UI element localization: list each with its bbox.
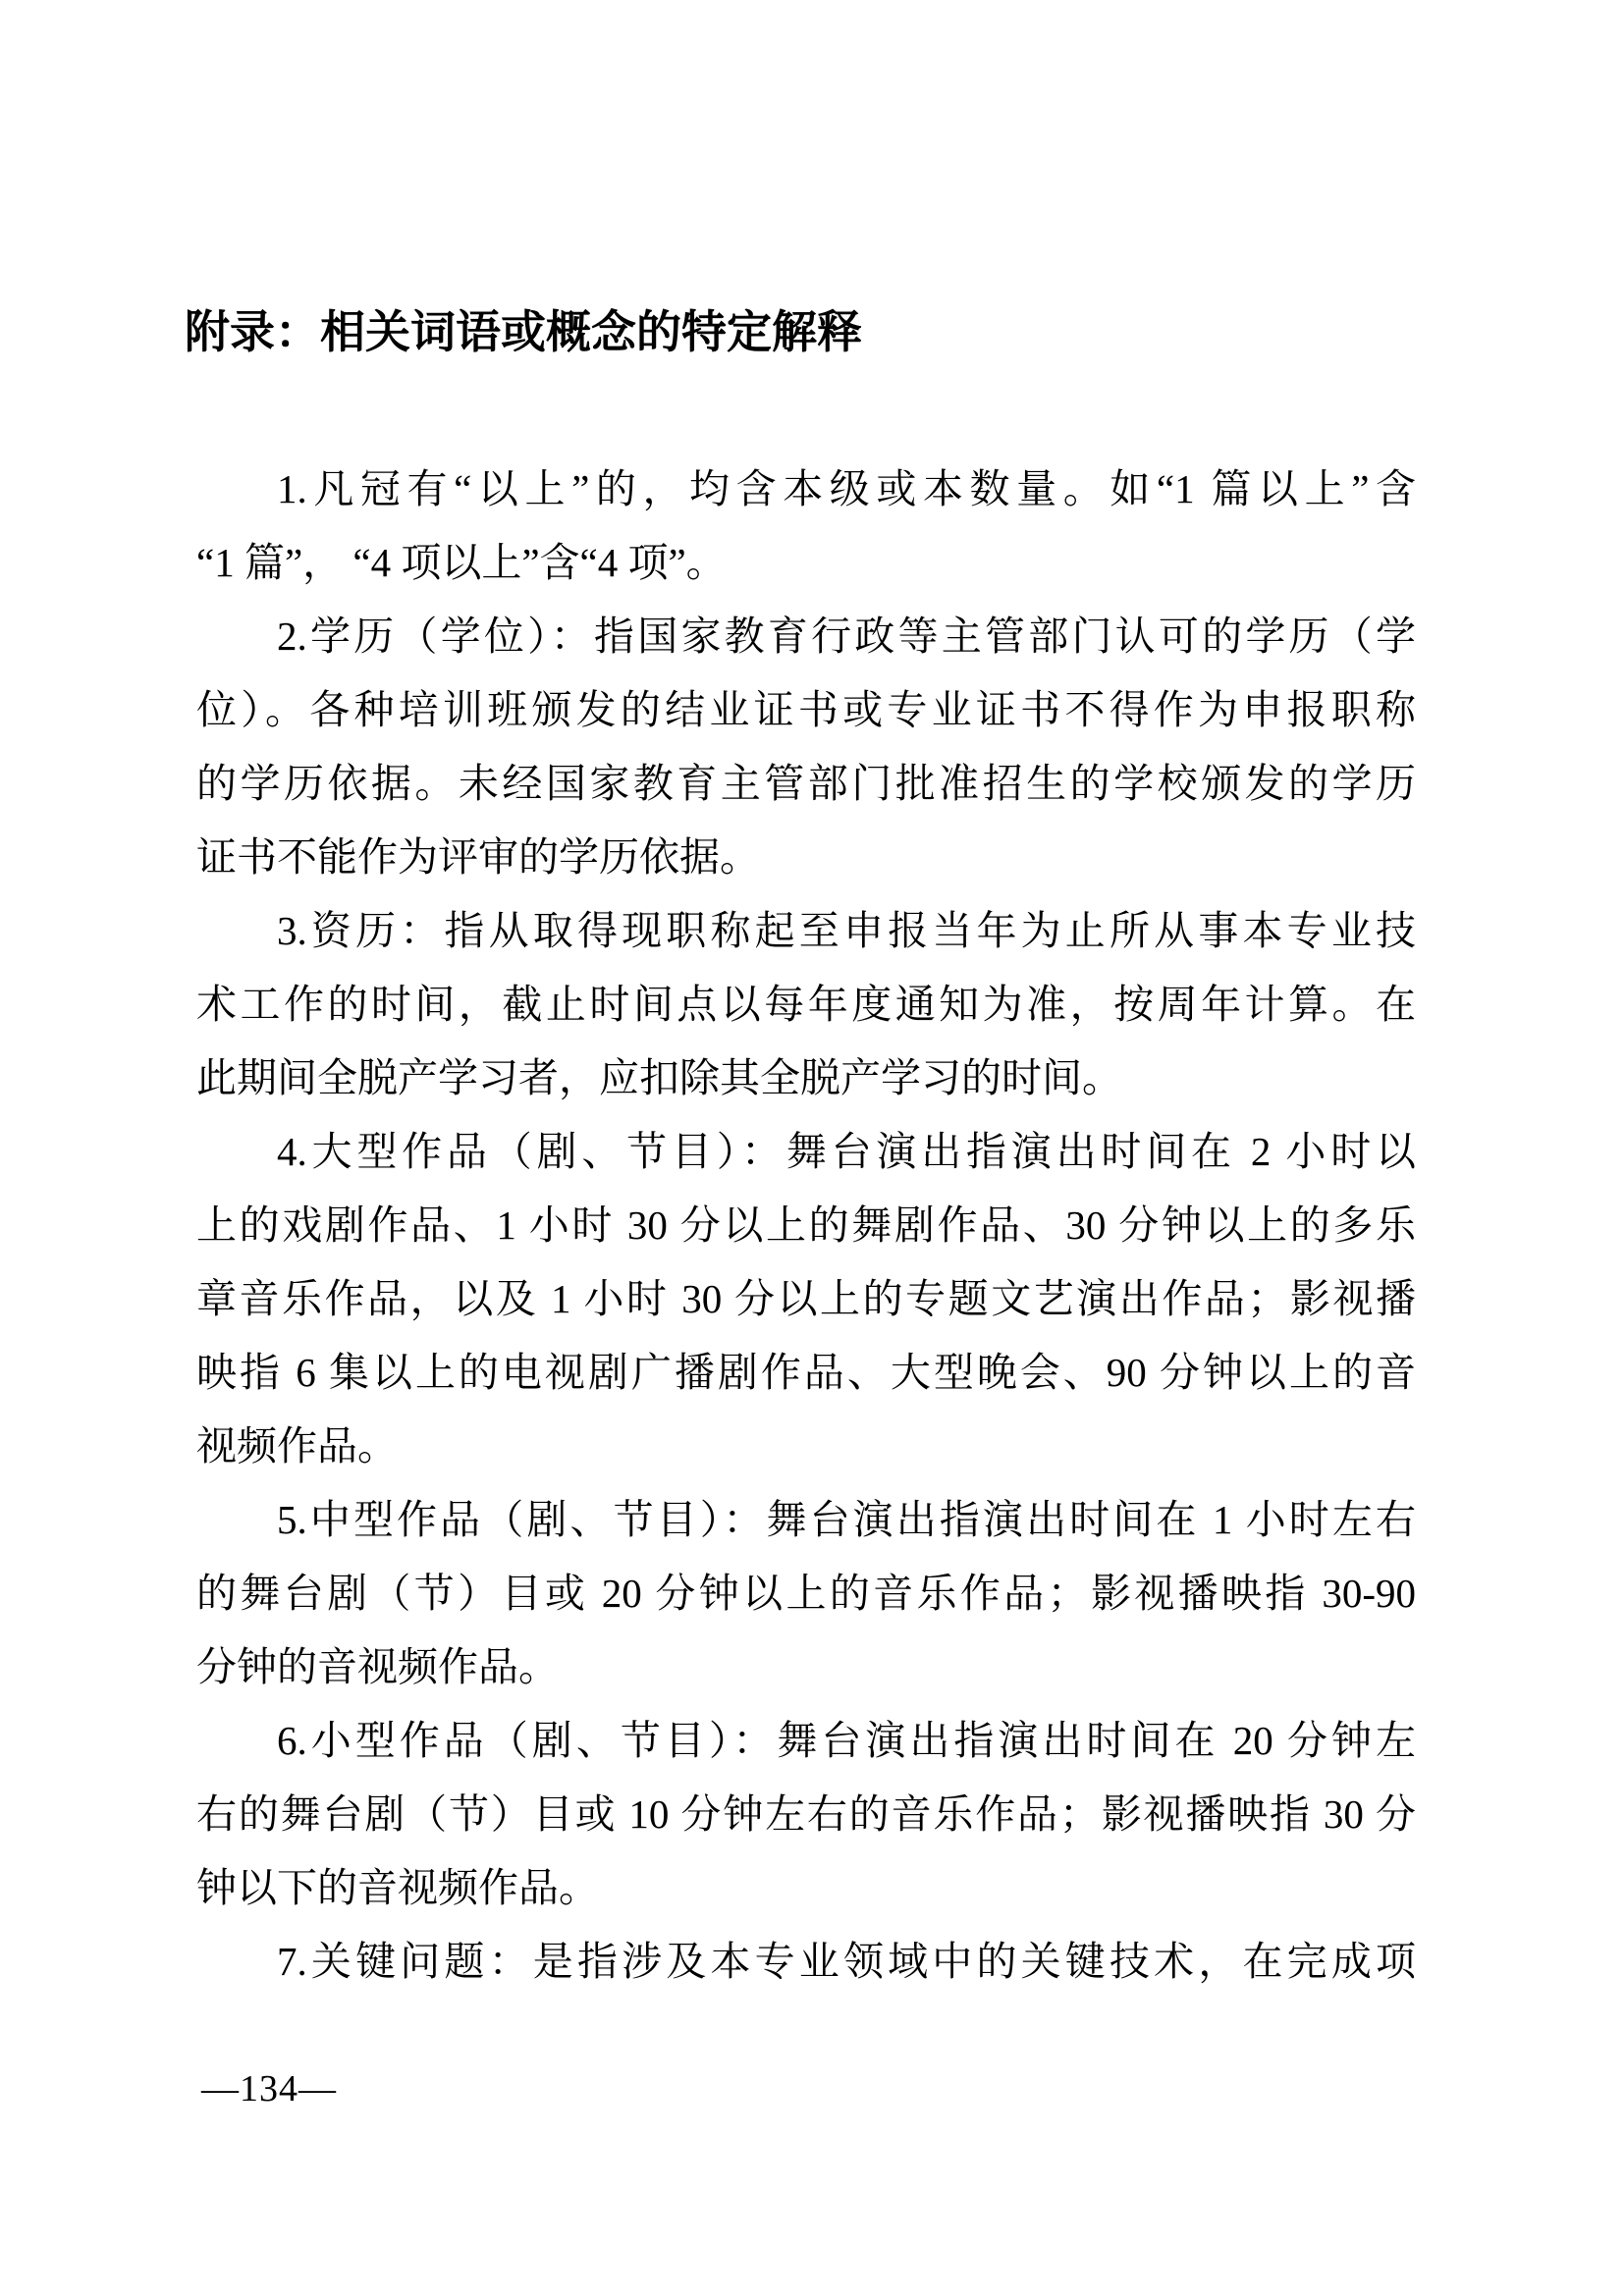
paragraph: 5.中型作品（剧、节目）：舞台演出指演出时间在 1 小时左右的舞台剧（节）目或 … [196,1483,1416,1704]
text-line: 3.资历：指从取得现职称起至申报当年为止所从事本专业技 [196,894,1416,968]
page-number: —134— [201,2061,337,2116]
paragraph: 6.小型作品（剧、节目）：舞台演出指演出时间在 20 分钟左右的舞台剧（节）目或… [196,1704,1416,1925]
text-line: 的学历依据。未经国家教育主管部门批准招生的学校颁发的学历 [196,747,1416,821]
text-line: 位）。各种培训班颁发的结业证书或专业证书不得作为申报职称 [196,673,1416,747]
text-line: 视频作品。 [196,1410,1416,1483]
body-text: 1.凡冠有“以上”的，均含本级或本数量。如“1 篇以上”含“1 篇”， “4 项… [196,453,1416,1999]
text-line: 术工作的时间，截止时间点以每年度通知为准，按周年计算。在 [196,968,1416,1041]
text-line: 1.凡冠有“以上”的，均含本级或本数量。如“1 篇以上”含 [196,453,1416,526]
text-line: 5.中型作品（剧、节目）：舞台演出指演出时间在 1 小时左右 [196,1483,1416,1557]
text-line: 证书不能作为评审的学历依据。 [196,821,1416,894]
text-line: 7.关键问题：是指涉及本专业领域中的关键技术，在完成项 [196,1925,1416,1999]
appendix-title: 附录：相关词语或概念的特定解释 [185,302,862,361]
paragraph: 2.学历（学位）：指国家教育行政等主管部门认可的学历（学位）。各种培训班颁发的结… [196,600,1416,894]
text-line: 钟以下的音视频作品。 [196,1851,1416,1925]
paragraph: 1.凡冠有“以上”的，均含本级或本数量。如“1 篇以上”含“1 篇”， “4 项… [196,453,1416,600]
paragraph: 3.资历：指从取得现职称起至申报当年为止所从事本专业技术工作的时间，截止时间点以… [196,894,1416,1115]
text-line: 分钟的音视频作品。 [196,1630,1416,1704]
text-line: 6.小型作品（剧、节目）：舞台演出指演出时间在 20 分钟左 [196,1704,1416,1778]
document-page: 附录：相关词语或概念的特定解释 1.凡冠有“以上”的，均含本级或本数量。如“1 … [0,0,1624,2296]
paragraph: 7.关键问题：是指涉及本专业领域中的关键技术，在完成项 [196,1925,1416,1999]
paragraph: 4.大型作品（剧、节目）：舞台演出指演出时间在 2 小时以上的戏剧作品、1 小时… [196,1115,1416,1483]
text-line: 上的戏剧作品、1 小时 30 分以上的舞剧作品、30 分钟以上的多乐 [196,1189,1416,1262]
text-line: 的舞台剧（节）目或 20 分钟以上的音乐作品；影视播映指 30-90 [196,1557,1416,1630]
text-line: 映指 6 集以上的电视剧广播剧作品、大型晚会、90 分钟以上的音 [196,1336,1416,1410]
text-line: 2.学历（学位）：指国家教育行政等主管部门认可的学历（学 [196,600,1416,673]
text-line: 章音乐作品，以及 1 小时 30 分以上的专题文艺演出作品；影视播 [196,1262,1416,1336]
text-line: 右的舞台剧（节）目或 10 分钟左右的音乐作品；影视播映指 30 分 [196,1778,1416,1851]
text-line: 此期间全脱产学习者，应扣除其全脱产学习的时间。 [196,1041,1416,1115]
text-line: “1 篇”， “4 项以上”含“4 项”。 [196,526,1416,600]
text-line: 4.大型作品（剧、节目）：舞台演出指演出时间在 2 小时以 [196,1115,1416,1189]
